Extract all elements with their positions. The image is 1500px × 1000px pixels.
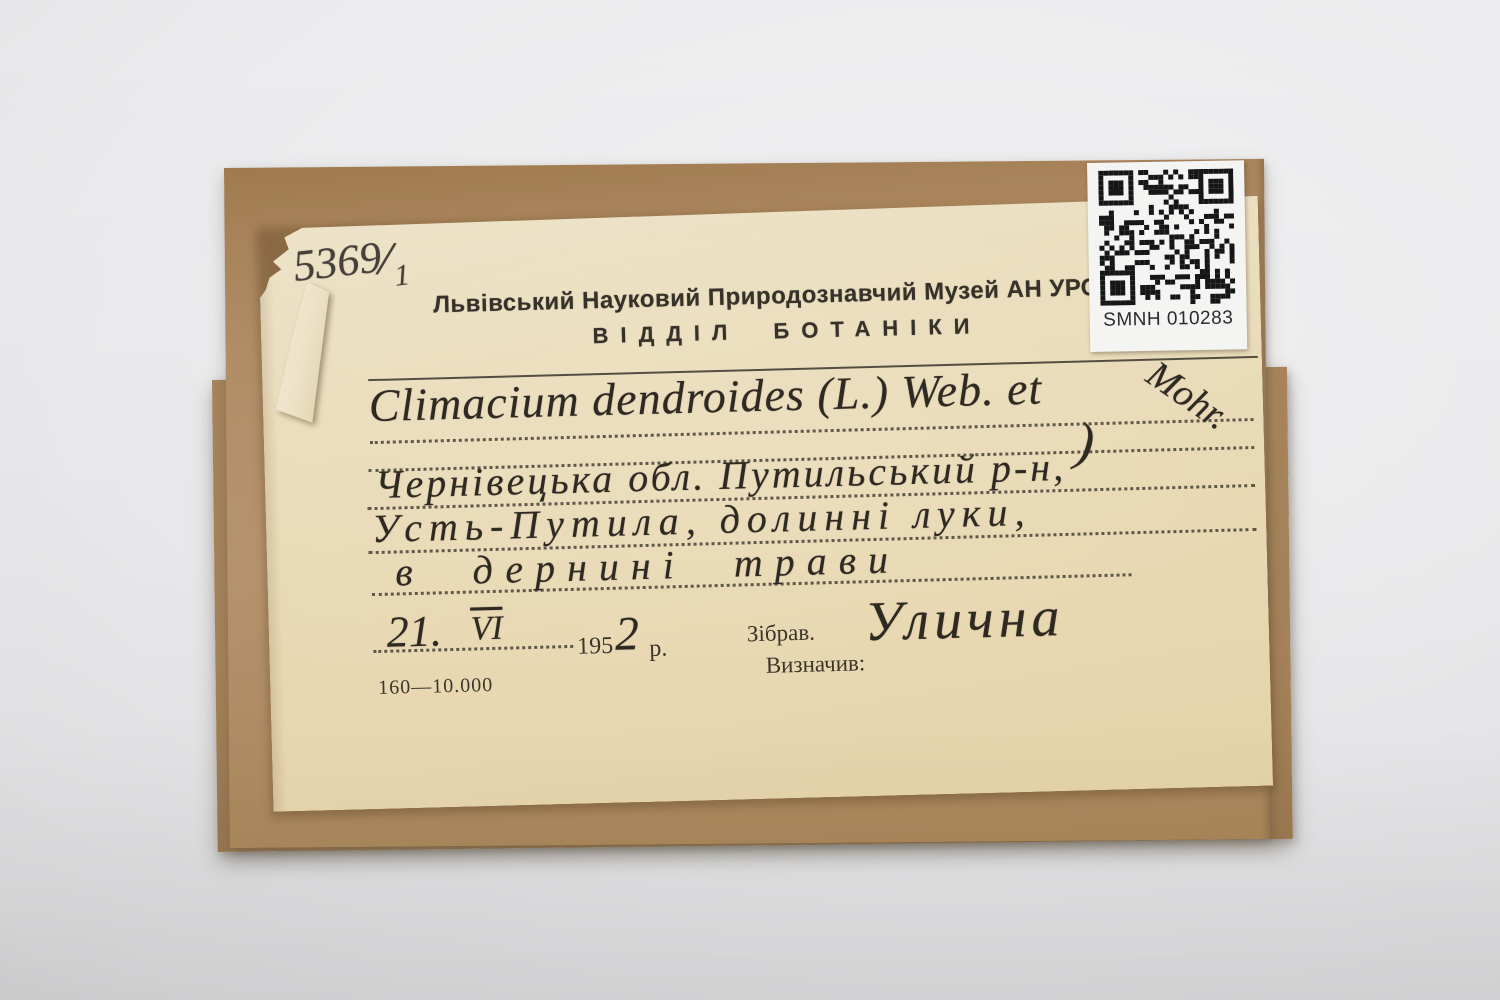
inventory-subscript: 1 [393,258,412,293]
species-name-handwriting: Climacium dendroides (L.) Web. et [368,362,1043,433]
torn-corner-fold [276,282,326,422]
year-suffix: р. [649,635,668,662]
date-day: 21. [386,605,442,657]
barcode-sticker: SMNH 010283 [1087,160,1247,352]
photo-background: 5369/1 Львівський Науковий Природознавчи… [0,0,1500,1000]
year-written: 2 [614,606,639,662]
inventory-slash: / [377,231,394,287]
barcode-number: SMNH 010283 [1103,307,1233,331]
qr-code [1098,168,1235,305]
collector-signature: Улична [864,585,1065,654]
print-run-code: 160—10.000 [378,674,494,700]
year-printed: 195 [577,633,614,661]
species-name-tail: Mohr. [1138,352,1237,439]
collected-by-label: Зібрав. [747,620,816,648]
fold-paper [272,281,329,423]
date-month: VI [470,610,503,649]
determined-by-label: Визначив: [765,650,865,679]
species-wrap-mark: ) [1073,410,1098,474]
